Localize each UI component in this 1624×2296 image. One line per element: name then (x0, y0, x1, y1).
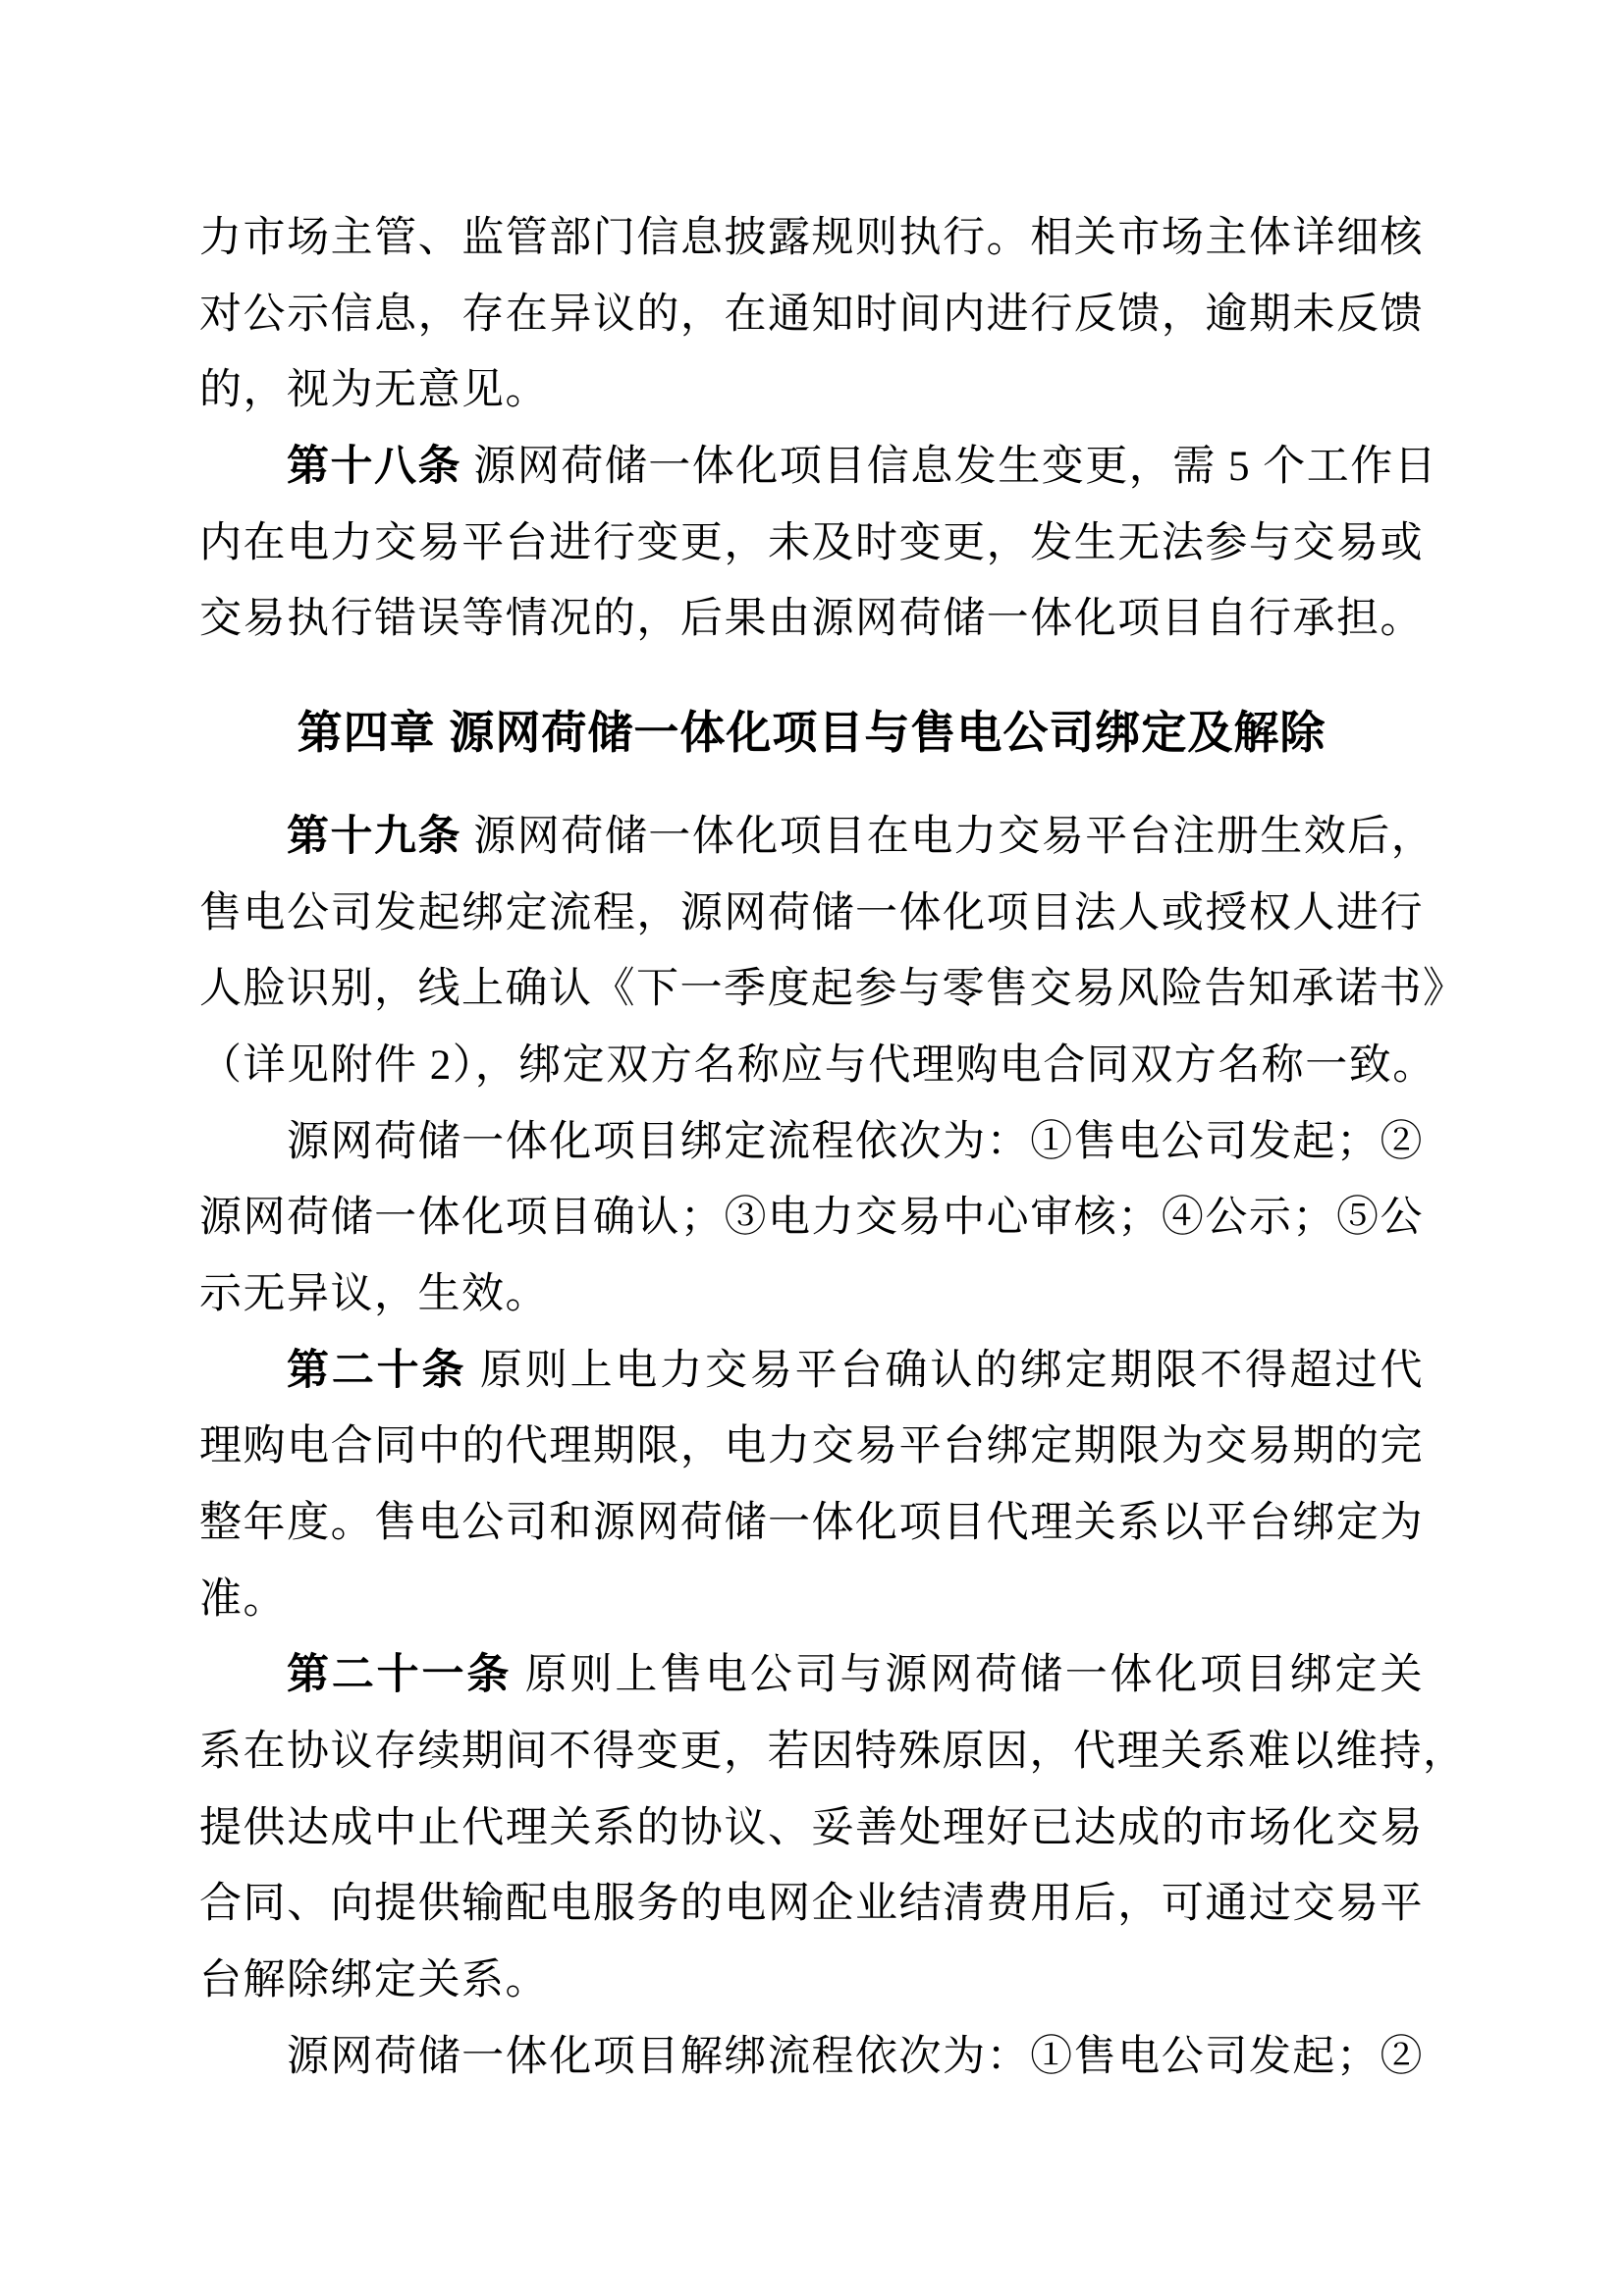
text-run: 的，视为无意见。 (199, 367, 549, 413)
text-line: 力市场主管、监管部门信息披露规则执行。相关市场主体详细核 (199, 200, 1424, 277)
text-run: 合同、向提供输配电服务的电网企业结清费用后，可通过交易平 (199, 1881, 1424, 1927)
paragraph: 源网荷储一体化项目绑定流程依次为：①售电公司发起；②源网荷储一体化项目确认；③电… (199, 1104, 1424, 1333)
text-line: 源网荷储一体化项目解绑流程依次为：①售电公司发起；② (199, 2019, 1424, 2096)
text-line: 源网荷储一体化项目确认；③电力交易中心审核；④公示；⑤公 (199, 1180, 1424, 1256)
text-line: 人脸识别，线上确认《下一季度起参与零售交易风险告知承诺书》 (199, 951, 1424, 1028)
text-run: 对公示信息，存在异议的，在通知时间内进行反馈，逾期未反馈 (199, 292, 1424, 338)
text-line: 源网荷储一体化项目绑定流程依次为：①售电公司发起；② (199, 1104, 1424, 1181)
text-run: 系在协议存续期间不得变更，若因特殊原因，代理关系难以维持， (199, 1729, 1467, 1775)
text-run: 源网荷储一体化项目解绑流程依次为：①售电公司发起；② (287, 2034, 1424, 2080)
article-number: 第十八条 (287, 443, 461, 490)
text-line: 售电公司发起绑定流程，源网荷储一体化项目法人或授权人进行 (199, 876, 1424, 952)
paragraph: 第十九条 源网荷储一体化项目在电力交易平台注册生效后，售电公司发起绑定流程，源网… (199, 799, 1424, 1104)
text-line: 交易执行错误等情况的，后果由源网荷储一体化项目自行承担。 (199, 581, 1424, 658)
text-line: 理购电合同中的代理期限，电力交易平台绑定期限为交易期的完 (199, 1409, 1424, 1485)
document-body: 力市场主管、监管部门信息披露规则执行。相关市场主体详细核对公示信息，存在异议的，… (199, 200, 1424, 2096)
text-line: 整年度。售电公司和源网荷储一体化项目代理关系以平台绑定为 (199, 1485, 1424, 1562)
text-line: 内在电力交易平台进行变更，未及时变更，发生无法参与交易或 (199, 506, 1424, 582)
text-line: 第二十条 原则上电力交易平台确认的绑定期限不得超过代 (199, 1333, 1424, 1410)
text-line: 的，视为无意见。 (199, 352, 1424, 429)
chapter-heading: 第四章 源网荷储一体化项目与售电公司绑定及解除 (199, 695, 1424, 772)
article-number: 第二十一条 (287, 1651, 512, 1698)
text-line: 第十九条 源网荷储一体化项目在电力交易平台注册生效后， (199, 799, 1424, 876)
document-page: 力市场主管、监管部门信息披露规则执行。相关市场主体详细核对公示信息，存在异议的，… (0, 0, 1624, 2296)
text-run: 售电公司发起绑定流程，源网荷储一体化项目法人或授权人进行 (199, 890, 1424, 936)
text-run: 源网荷储一体化项目确认；③电力交易中心审核；④公示；⑤公 (199, 1195, 1424, 1241)
article-number: 第十九条 (287, 813, 461, 860)
paragraph: 第二十条 原则上电力交易平台确认的绑定期限不得超过代理购电合同中的代理期限，电力… (199, 1333, 1424, 1638)
text-line: 第二十一条 原则上售电公司与源网荷储一体化项目绑定关 (199, 1637, 1424, 1714)
text-run: 源网荷储一体化项目绑定流程依次为：①售电公司发起；② (287, 1119, 1424, 1165)
text-line: 对公示信息，存在异议的，在通知时间内进行反馈，逾期未反馈 (199, 277, 1424, 353)
paragraph: 源网荷储一体化项目解绑流程依次为：①售电公司发起；② (199, 2019, 1424, 2096)
text-line: （详见附件 2），绑定双方名称应与代理购电合同双方名称一致。 (199, 1028, 1424, 1104)
chapter-heading-text: 第四章 源网荷储一体化项目与售电公司绑定及解除 (298, 707, 1326, 758)
text-run: 源网荷储一体化项目在电力交易平台注册生效后， (461, 814, 1435, 860)
text-run: 原则上电力交易平台确认的绑定期限不得超过代 (466, 1348, 1424, 1394)
text-run: 准。 (199, 1576, 287, 1623)
text-run: 人脸识别，线上确认《下一季度起参与零售交易风险告知承诺书》 (199, 966, 1467, 1012)
text-run: 原则上售电公司与源网荷储一体化项目绑定关 (512, 1652, 1424, 1698)
text-run: 示无异议，生效。 (199, 1271, 549, 1317)
text-line: 提供达成中止代理关系的协议、妥善处理好已达成的市场化交易 (199, 1790, 1424, 1867)
article-number: 第二十条 (287, 1347, 466, 1394)
text-line: 示无异议，生效。 (199, 1256, 1424, 1333)
text-run: 整年度。售电公司和源网荷储一体化项目代理关系以平台绑定为 (199, 1500, 1424, 1546)
text-run: 台解除绑定关系。 (199, 1957, 549, 2003)
text-run: （详见附件 2），绑定双方名称应与代理购电合同双方名称一致。 (199, 1042, 1436, 1089)
text-run: 力市场主管、监管部门信息披露规则执行。相关市场主体详细核 (199, 215, 1424, 261)
text-run: 理购电合同中的代理期限，电力交易平台绑定期限为交易期的完 (199, 1423, 1424, 1469)
text-run: 交易执行错误等情况的，后果由源网荷储一体化项目自行承担。 (199, 596, 1424, 642)
text-line: 合同、向提供输配电服务的电网企业结清费用后，可通过交易平 (199, 1866, 1424, 1943)
paragraph: 第十八条 源网荷储一体化项目信息发生变更，需 5 个工作日内在电力交易平台进行变… (199, 429, 1424, 658)
paragraph: 第二十一条 原则上售电公司与源网荷储一体化项目绑定关系在协议存续期间不得变更，若… (199, 1637, 1424, 2018)
text-run: 内在电力交易平台进行变更，未及时变更，发生无法参与交易或 (199, 520, 1424, 566)
text-line: 第十八条 源网荷储一体化项目信息发生变更，需 5 个工作日 (199, 429, 1424, 506)
text-line: 准。 (199, 1562, 1424, 1638)
paragraph: 力市场主管、监管部门信息披露规则执行。相关市场主体详细核对公示信息，存在异议的，… (199, 200, 1424, 429)
text-line: 台解除绑定关系。 (199, 1943, 1424, 2019)
text-line: 系在协议存续期间不得变更，若因特殊原因，代理关系难以维持， (199, 1714, 1424, 1790)
text-run: 提供达成中止代理关系的协议、妥善处理好已达成的市场化交易 (199, 1805, 1424, 1851)
text-line: 第四章 源网荷储一体化项目与售电公司绑定及解除 (199, 695, 1424, 772)
text-run: 源网荷储一体化项目信息发生变更，需 5 个工作日 (461, 444, 1437, 490)
